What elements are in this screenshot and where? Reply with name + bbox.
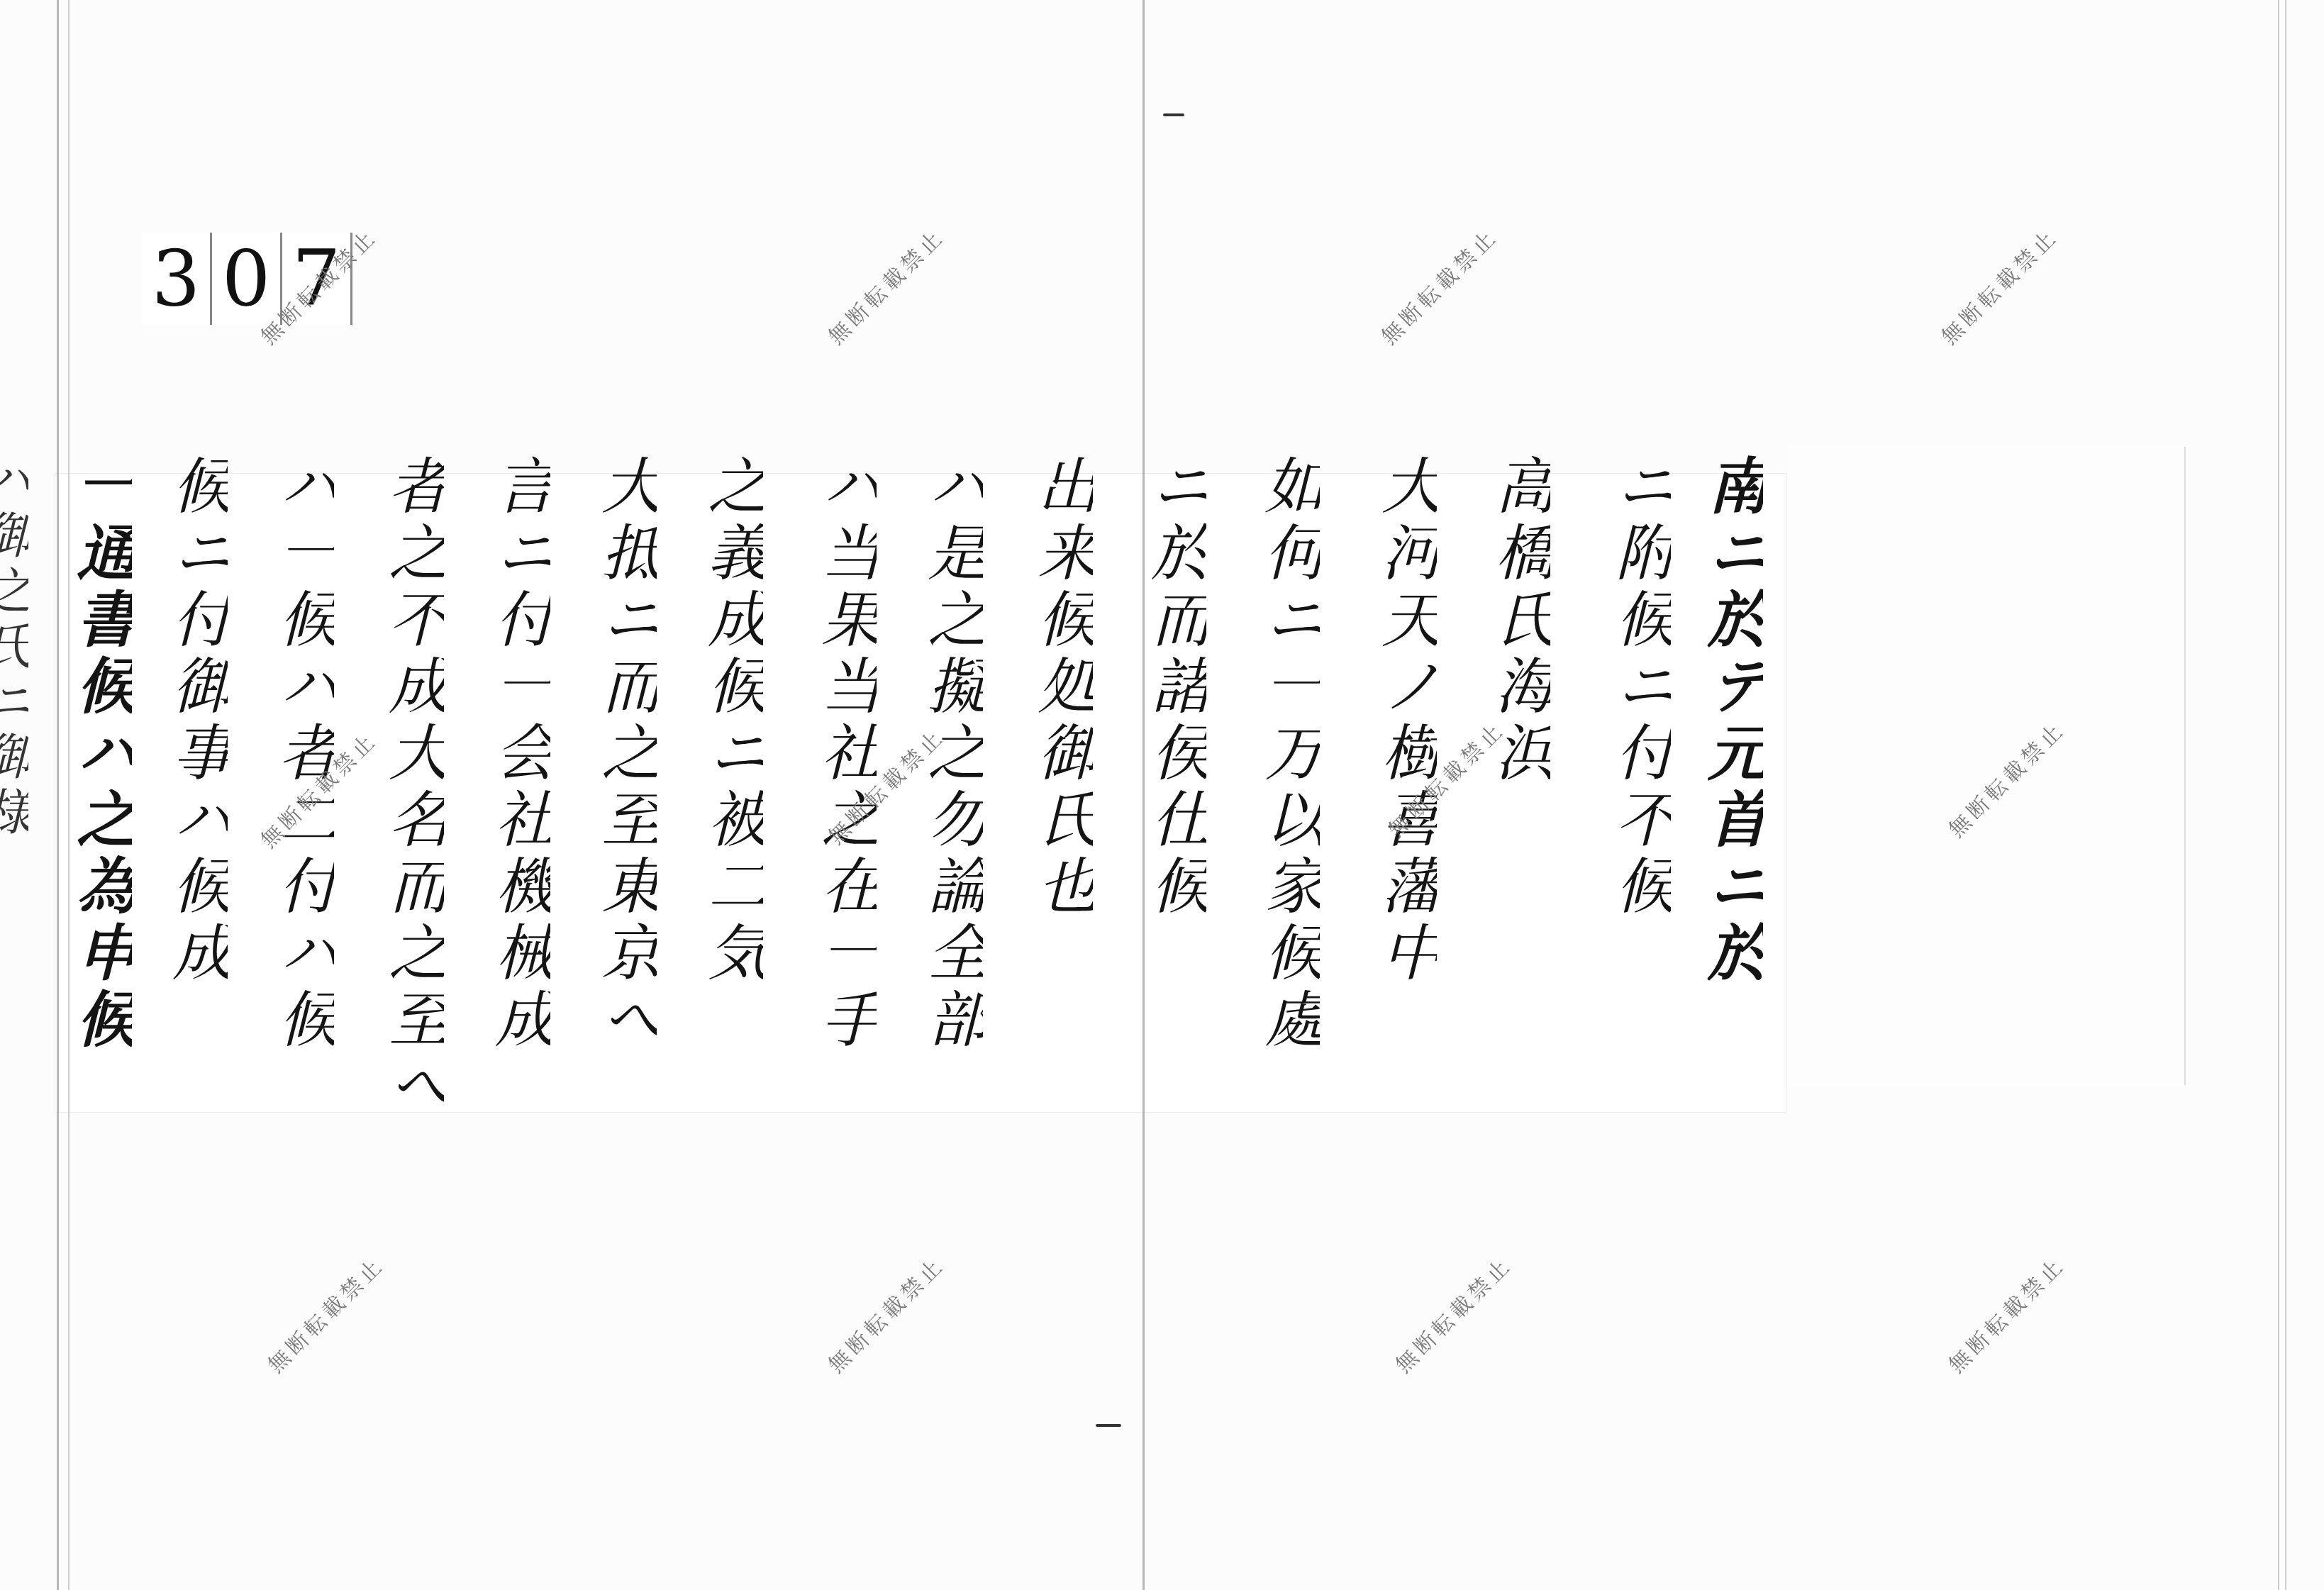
ink-speck (1163, 113, 1184, 116)
manuscript-column-3: 高橋氏海浜 (1489, 454, 1550, 1106)
manuscript-column-2: ニ附候ニ付不候 (1610, 454, 1671, 1106)
manuscript-column-6: ニ於而諸侯仕候 (1145, 454, 1206, 1106)
left-binding-edge (57, 0, 59, 1590)
manuscript-column-7: 出来候処御氏也 (1032, 454, 1093, 1106)
center-fold-line (1142, 0, 1145, 1590)
manuscript-column-11: 大抵ニ而之至東京へ (596, 454, 657, 1106)
paper-strip-right-edge (1787, 447, 2186, 1085)
manuscript-column-10: 之義成候ニ被二気 (702, 454, 763, 1106)
manuscript-left-edge-fragment: ハ御之氏ニ御様 (0, 454, 28, 1106)
ink-speck (1096, 1424, 1121, 1427)
manuscript-column-15: 候ニ付御事ハ候成 (167, 454, 228, 1106)
manuscript-column-13: 者之不成大名而之至へ (383, 454, 444, 1106)
manuscript-column-5: 如何ニ一万以家候處 (1259, 454, 1320, 1106)
manuscript-column-8: ハ是之擬之勿論全部 (922, 454, 983, 1106)
manuscript-column-12: 言ニ付一会社機械成 (489, 454, 550, 1106)
manuscript-column-16: 一通書候ハ之為申候 (71, 454, 132, 1106)
page-number-digit: 3 (142, 233, 212, 325)
right-edge-line-inner (2285, 0, 2286, 1590)
left-binding-edge-inner (68, 0, 70, 1590)
manuscript-column-1: 南ニ於テ元首ニ於 (1702, 454, 1763, 1106)
right-edge-line (2278, 0, 2279, 1590)
